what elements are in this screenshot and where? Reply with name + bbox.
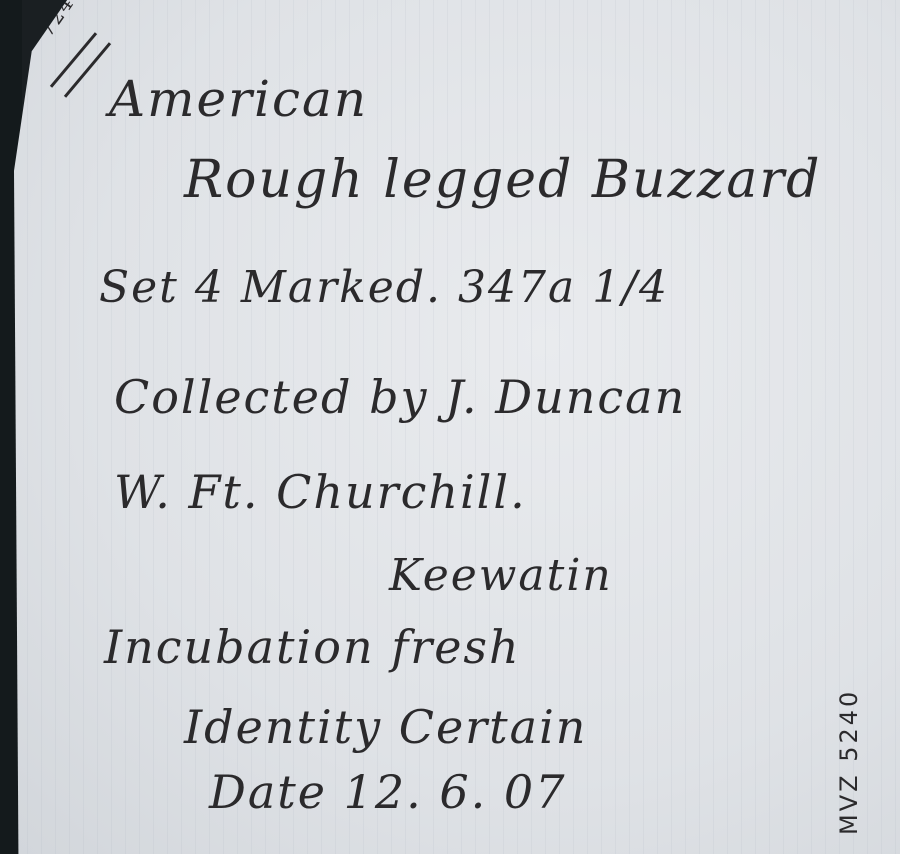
line-locality: W. Ft. Churchill.: [114, 465, 527, 519]
catalog-number: 724: [34, 0, 79, 41]
museum-stamp: MVZ 5240: [835, 689, 863, 835]
line-region: Keewatin: [389, 550, 613, 601]
double-slash-mark: [50, 32, 97, 88]
line-collector: Collected by J. Duncan: [114, 370, 686, 424]
line-incubation: Incubation fresh: [104, 620, 521, 674]
line-set-marked: Set 4 Marked. 347a 1/4: [99, 262, 669, 313]
line-species-prefix: American: [109, 70, 368, 128]
line-identity: Identity Certain: [184, 700, 587, 754]
line-species-name: Rough legged Buzzard: [184, 150, 821, 210]
specimen-label-paper: 724 American Rough legged Buzzard Set 4 …: [14, 0, 900, 854]
line-date: Date 12. 6. 07: [209, 765, 566, 819]
double-slash-mark: [64, 42, 111, 98]
